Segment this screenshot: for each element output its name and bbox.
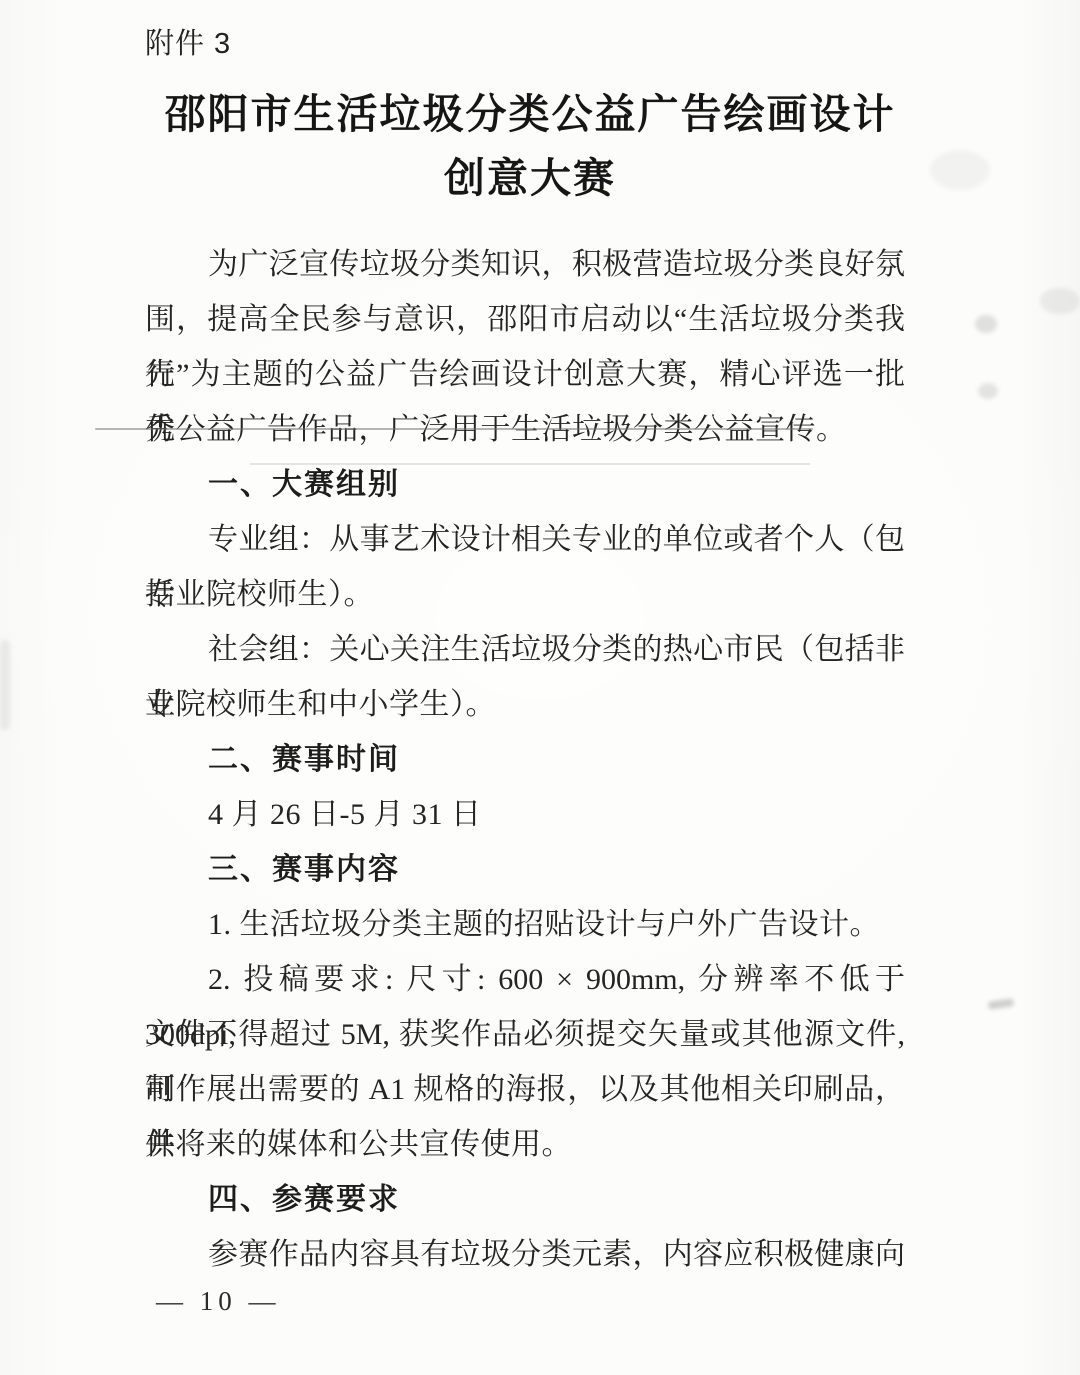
scan-fold-line-faint xyxy=(250,463,810,465)
body-line: 业院校师生和中小学生）。 xyxy=(145,677,905,732)
body-line: 行”为主题的公益广告绘画设计创意大赛，精心评选一批优 xyxy=(145,347,905,402)
page-number: — 10 — xyxy=(156,1286,281,1317)
document-title-line-2: 创意大赛 xyxy=(120,146,940,210)
section-heading-4: 四、参赛要求 xyxy=(145,1172,905,1227)
section-heading-1: 一、大赛组别 xyxy=(145,457,905,512)
body-line: 围，提高全民参与意识，邵阳市启动以“生活垃圾分类我先 xyxy=(145,292,905,347)
scan-fold-line xyxy=(95,428,813,430)
body-line: 供将来的媒体和公共宣传使用。 xyxy=(145,1117,905,1172)
section-heading-2: 二、赛事时间 xyxy=(145,732,905,787)
scan-smudge xyxy=(978,383,998,399)
body-line: 为广泛宣传垃圾分类知识，积极营造垃圾分类良好氛 xyxy=(145,237,905,292)
event-date-line: 4 月 26 日-5 月 31 日 xyxy=(145,787,905,842)
body-line: 社会组：关心关注生活垃圾分类的热心市民（包括非专 xyxy=(145,622,905,677)
body-line: 制作展出需要的 A1 规格的海报，以及其他相关印刷品，并 xyxy=(145,1062,905,1117)
document-title: 邵阳市生活垃圾分类公益广告绘画设计 创意大赛 xyxy=(120,82,940,210)
body-line: 2. 投稿要求: 尺寸: 600 × 900mm, 分辨率不低于 300dpi, xyxy=(145,952,905,1007)
body-line: 专业院校师生）。 xyxy=(145,567,905,622)
scan-smudge xyxy=(988,998,1015,1010)
body-line: 1. 生活垃圾分类主题的招贴设计与户外广告设计。 xyxy=(145,897,905,952)
scan-smudge xyxy=(0,640,10,730)
document-title-line-1: 邵阳市生活垃圾分类公益广告绘画设计 xyxy=(120,82,940,146)
scan-smudge xyxy=(1040,288,1080,314)
scan-smudge xyxy=(975,315,997,333)
section-heading-3: 三、赛事内容 xyxy=(145,842,905,897)
document-body: 为广泛宣传垃圾分类知识，积极营造垃圾分类良好氛 围，提高全民参与意识，邵阳市启动… xyxy=(145,237,905,1282)
body-line: 专业组：从事艺术设计相关专业的单位或者个人（包括 xyxy=(145,512,905,567)
attachment-label: 附件 3 xyxy=(145,24,231,64)
body-line: 文件不得超过 5M, 获奖作品必须提交矢量或其他源文件, 可 xyxy=(145,1007,905,1062)
body-line: 参赛作品内容具有垃圾分类元素，内容应积极健康向 xyxy=(145,1227,905,1282)
scanned-document-page: 附件 3 邵阳市生活垃圾分类公益广告绘画设计 创意大赛 为广泛宣传垃圾分类知识，… xyxy=(0,0,1080,1375)
